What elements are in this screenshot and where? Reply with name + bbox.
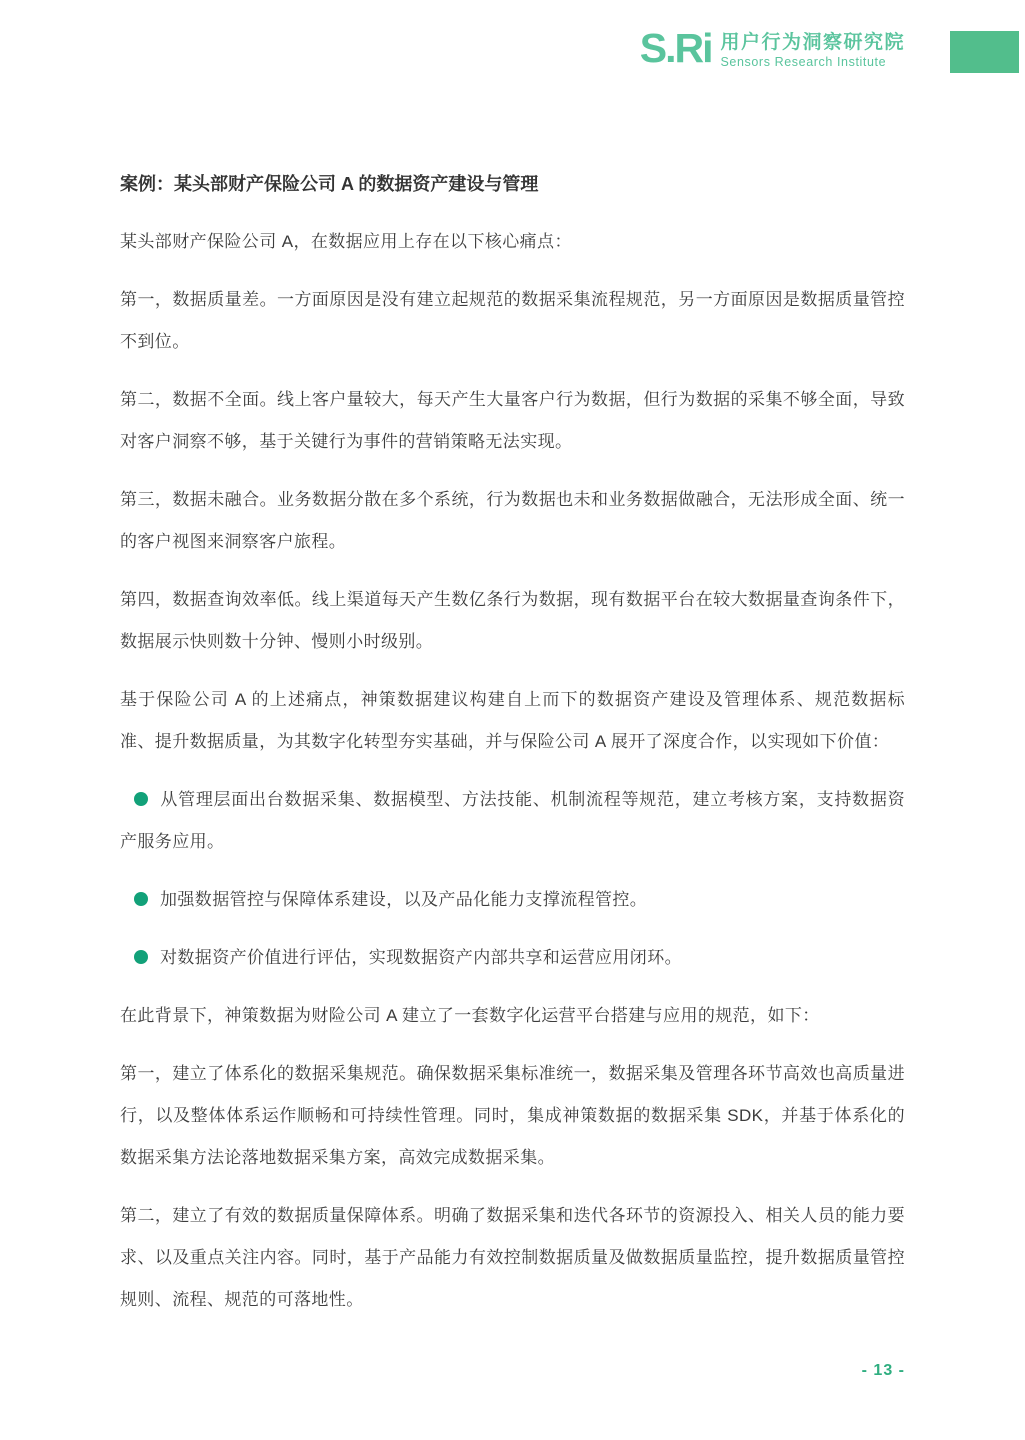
bullet-dot-icon (134, 950, 148, 964)
paragraph-measure-2: 第二，建立了有效的数据质量保障体系。明确了数据采集和迭代各环节的资源投入、相关人… (120, 1195, 905, 1321)
paragraph-pain-point-3: 第三，数据未融合。业务数据分散在多个系统，行为数据也未和业务数据做融合，无法形成… (120, 479, 905, 563)
bullet-item: 加强数据管控与保障体系建设，以及产品化能力支撑流程管控。 (120, 879, 905, 921)
paragraph-pain-point-4: 第四，数据查询效率低。线上渠道每天产生数亿条行为数据，现有数据平台在较大数据量查… (120, 579, 905, 663)
bullet-text: 从管理层面出台数据采集、数据模型、方法技能、机制流程等规范，建立考核方案，支持数… (120, 790, 905, 851)
sri-logo: S.Ri 用户行为洞察研究院 Sensors Research Institut… (640, 28, 905, 73)
bullet-item: 对数据资产价值进行评估，实现数据资产内部共享和运营应用闭环。 (120, 937, 905, 979)
org-names: 用户行为洞察研究院 Sensors Research Institute (720, 31, 905, 71)
paragraph-platform-intro: 在此背景下，神策数据为财险公司 A 建立了一套数字化运营平台搭建与应用的规范，如… (120, 995, 905, 1037)
bullet-text: 加强数据管控与保障体系建设，以及产品化能力支撑流程管控。 (160, 890, 647, 909)
page-number: - 13 - (862, 1362, 905, 1380)
paragraph-pain-point-1: 第一，数据质量差。一方面原因是没有建立起规范的数据采集流程规范，另一方面原因是数… (120, 279, 905, 363)
org-name-chinese: 用户行为洞察研究院 (720, 31, 905, 55)
bullet-text: 对数据资产价值进行评估，实现数据资产内部共享和运营应用闭环。 (160, 948, 682, 967)
org-name-english: Sensors Research Institute (720, 54, 905, 70)
bullet-dot-icon (134, 892, 148, 906)
paragraph-intro: 某头部财产保险公司 A，在数据应用上存在以下核心痛点： (120, 221, 905, 263)
case-study-title: 案例：某头部财产保险公司 A 的数据资产建设与管理 (120, 163, 905, 205)
bullet-item: 从管理层面出台数据采集、数据模型、方法技能、机制流程等规范，建立考核方案，支持数… (120, 779, 905, 863)
document-body: 案例：某头部财产保险公司 A 的数据资产建设与管理 某头部财产保险公司 A，在数… (120, 163, 905, 1321)
paragraph-solution-intro: 基于保险公司 A 的上述痛点，神策数据建议构建自上而下的数据资产建设及管理体系、… (120, 679, 905, 763)
paragraph-measure-1: 第一，建立了体系化的数据采集规范。确保数据采集标准统一，数据采集及管理各环节高效… (120, 1053, 905, 1179)
bullet-dot-icon (134, 792, 148, 806)
corner-accent-rectangle (950, 31, 1019, 73)
sri-logo-mark-icon: S.Ri (640, 28, 712, 73)
paragraph-pain-point-2: 第二，数据不全面。线上客户量较大，每天产生大量客户行为数据，但行为数据的采集不够… (120, 379, 905, 463)
